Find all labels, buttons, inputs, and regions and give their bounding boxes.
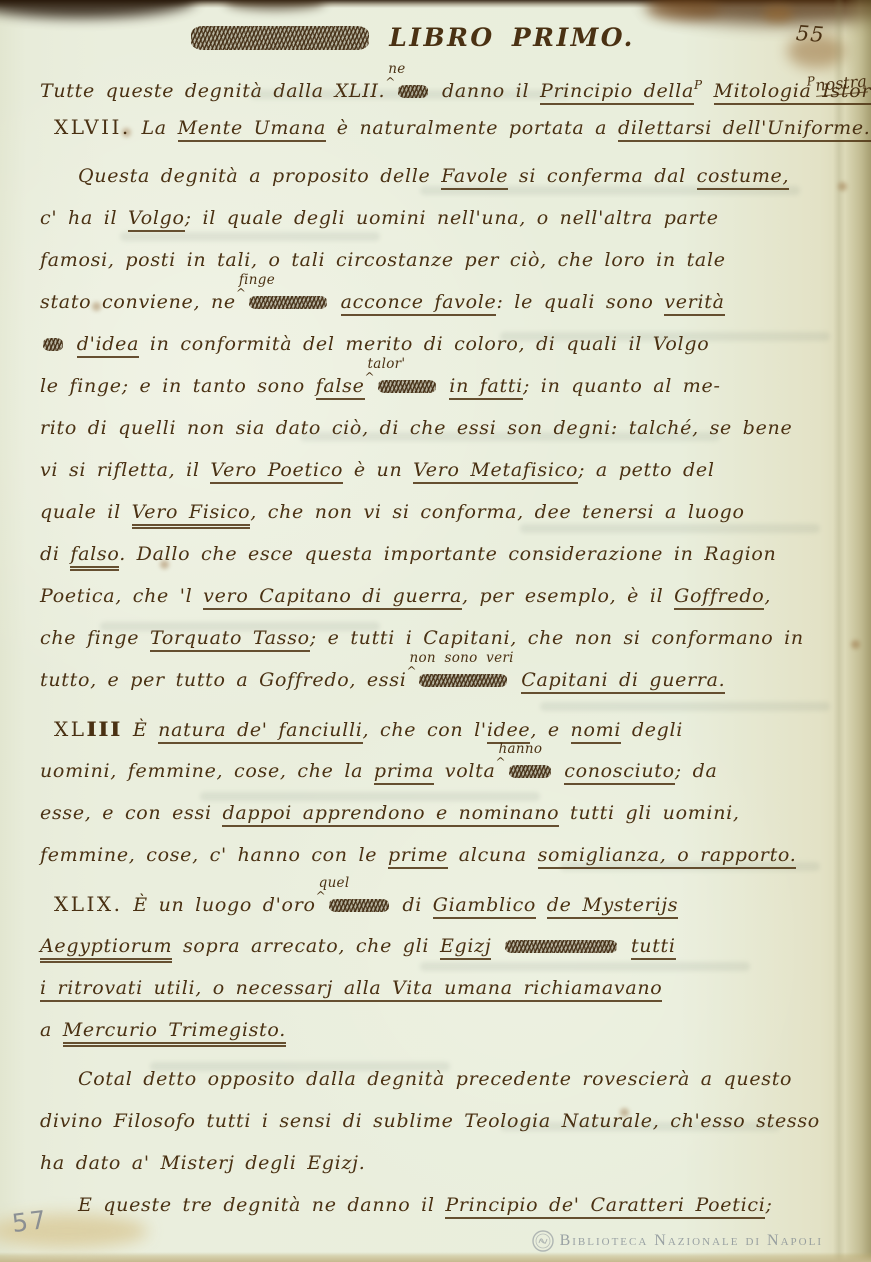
manuscript-line: tutto, e per tutto a Goffredo, essi^non …: [40, 659, 837, 701]
interlinear-insertion: ^ne: [385, 78, 395, 97]
manuscript-text: E queste tre degnità ne danno il: [78, 1194, 445, 1216]
manuscript-text: ; e tutti i Capitani, che non si conform…: [310, 627, 804, 649]
library-watermark: Biblioteca Nazionale di Napoli: [532, 1230, 823, 1252]
manuscript-text: [620, 935, 631, 957]
manuscript-text: Volgo: [128, 207, 185, 232]
degnita-numeral: III: [87, 717, 123, 741]
manuscript-scan-page: 55 Pnostra 57 LIBRO PRIMO.Tutte queste d…: [0, 0, 871, 1262]
manuscript-text: dilettarsi dell'Uniforme.: [618, 117, 871, 142]
manuscript-line: divino Filosofo tutti i sensi di sublime…: [40, 1100, 837, 1142]
watermark-text: Biblioteca Nazionale di Napoli: [560, 1232, 823, 1250]
ink-cancellation-scribble: [191, 26, 369, 50]
manuscript-text: c' ha il: [40, 207, 128, 229]
manuscript-line: ha dato a' Misterj degli Egizj.: [40, 1142, 837, 1184]
manuscript-text: Vero Poetico: [210, 459, 343, 484]
manuscript-text: Vero Fisico: [132, 501, 251, 529]
insertion-word: talor': [368, 343, 406, 385]
manuscript-line: Cotal detto opposito dalla degnità prece…: [40, 1058, 837, 1100]
manuscript-text: de Mysterijs: [547, 894, 678, 919]
library-stamp-icon: [532, 1230, 554, 1252]
manuscript-text: false: [316, 375, 365, 400]
manuscript-text: volta: [434, 760, 495, 782]
interlinear-insertion: ^talor': [365, 373, 375, 392]
manuscript-line: stato conviene, ne^finge acconce favole:…: [40, 281, 837, 323]
manuscript-line: i ritrovati utili, o necessarj alla Vita…: [40, 967, 837, 1009]
manuscript-text: le finge; e in tanto sono: [40, 375, 316, 397]
manuscript-text: [330, 291, 341, 313]
insertion-word: quel: [319, 862, 350, 904]
manuscript-text: falso: [70, 543, 119, 571]
manuscript-text: tutti gli uomini,: [559, 802, 739, 824]
manuscript-line: Aegyptiorum sopra arrecato, che gli Egiz…: [40, 925, 837, 967]
manuscript-text: nomi: [571, 719, 622, 744]
manuscript-line: XLVII. La Mente Umana è naturalmente por…: [40, 106, 837, 148]
interlinear-insertion: ^hanno: [496, 758, 506, 777]
manuscript-text: [703, 80, 714, 102]
manuscript-line: le finge; e in tanto sono false^talor' i…: [40, 365, 837, 407]
insertion-word: finge: [239, 259, 275, 301]
insertion-word: hanno: [499, 728, 543, 770]
manuscript-text: Capitani di guerra.: [521, 669, 725, 694]
manuscript-text: ,: [764, 585, 771, 607]
ink-cancellation-scribble: [505, 940, 617, 953]
manuscript-line: E queste tre degnità ne danno il Princip…: [40, 1184, 837, 1226]
page-edge-shadow: [845, 0, 871, 1262]
manuscript-text: [536, 894, 547, 916]
manuscript-text: esse, e con essi: [40, 802, 222, 824]
manuscript-line: Questa degnità a proposito delle Favole …: [40, 155, 837, 197]
manuscript-text: Egizj: [440, 935, 492, 960]
manuscript-line: esse, e con essi dappoi apprendono e nom…: [40, 792, 837, 834]
manuscript-text: , per esemplo, è il: [462, 585, 674, 607]
interlinear-insertion: ^non sono veri: [406, 667, 416, 686]
manuscript-text: , che con l': [363, 719, 487, 741]
manuscript-text: Questa degnità a proposito delle: [78, 165, 441, 187]
manuscript-text: . Dallo che esce questa importante consi…: [119, 543, 776, 565]
insertion-word: ne: [388, 48, 405, 90]
manuscript-text: uomini, femmine, cose, che la: [40, 760, 374, 782]
manuscript-text: quale il: [40, 501, 132, 523]
manuscript-text: conosciuto: [564, 760, 675, 785]
manuscript-text: Aegyptiorum: [40, 935, 172, 963]
manuscript-text: è naturalmente portata a: [326, 117, 618, 139]
manuscript-text: ; in quanto al me-: [523, 375, 721, 397]
manuscript-text: La: [131, 117, 178, 139]
manuscript-text: è un: [343, 459, 413, 481]
interlinear-insertion: ^quel: [316, 892, 326, 911]
manuscript-text: P: [694, 78, 703, 92]
manuscript-line: XLIX. È un luogo d'oro^quel di Giamblico…: [40, 883, 837, 925]
manuscript-text: [491, 935, 502, 957]
insertion-word: non sono veri: [409, 637, 513, 679]
manuscript-text: È un luogo d'oro: [123, 894, 316, 916]
manuscript-line: quale il Vero Fisico, che non vi si conf…: [40, 491, 837, 533]
manuscript-text: tutto, e per tutto a Goffredo, essi: [40, 669, 406, 691]
manuscript-text: Mente Umana: [178, 117, 326, 142]
degnita-numeral: XLIX.: [54, 892, 123, 916]
manuscript-text: Principio della: [540, 80, 694, 105]
degnita-numeral: XLVII.: [54, 115, 131, 139]
degnita-numeral: XL: [54, 717, 87, 741]
manuscript-text: i ritrovati utili, o necessarj alla Vita…: [40, 977, 662, 1002]
manuscript-text: a: [40, 1019, 63, 1041]
manuscript-text: dappoi apprendono e nominano: [222, 802, 559, 827]
manuscript-text: : le quali sono: [496, 291, 664, 313]
manuscript-text: Principio de' Caratteri Poetici: [445, 1194, 765, 1219]
manuscript-text: Vero Metafisico: [413, 459, 578, 484]
foxing-spot: [851, 640, 860, 649]
manuscript-text: ; il quale degli uomini nell'una, o nell…: [185, 207, 719, 229]
manuscript-line: a Mercurio Trimegisto.: [40, 1009, 837, 1051]
foxing-spot: [838, 182, 847, 191]
manuscript-text: di: [392, 894, 433, 916]
interlinear-insertion: ^finge: [236, 289, 246, 308]
manuscript-text: [66, 333, 77, 355]
manuscript-text: stato conviene, ne: [40, 291, 236, 313]
manuscript-text: rito di quelli non sia dato ciò, di che …: [40, 417, 792, 439]
stain-top-middle: [225, 0, 325, 10]
manuscript-line: uomini, femmine, cose, che la prima volt…: [40, 750, 837, 792]
manuscript-text: verità: [664, 291, 724, 316]
manuscript-text: È: [122, 719, 158, 741]
ink-cancellation-scribble: [43, 338, 63, 351]
manuscript-text: vi si rifletta, il: [40, 459, 210, 481]
manuscript-text: d'idea: [77, 333, 139, 358]
manuscript-text: prime: [388, 844, 448, 869]
manuscript-text: danno il: [431, 80, 540, 102]
manuscript-text: ; da: [675, 760, 718, 782]
manuscript-line: rito di quelli non sia dato ciò, di che …: [40, 407, 837, 449]
manuscript-text: tutti: [631, 935, 676, 960]
manuscript-text: si conferma dal: [508, 165, 696, 187]
manuscript-text: natura de' fanciulli: [158, 719, 362, 744]
manuscript-text: ;: [765, 1194, 772, 1216]
manuscript-text: Cotal detto opposito dalla degnità prece…: [78, 1068, 792, 1090]
manuscript-line: LIBRO PRIMO.: [40, 12, 837, 64]
manuscript-text: prima: [374, 760, 434, 785]
manuscript-text: Goffredo: [674, 585, 764, 610]
manuscript-line: Poetica, che 'l vero Capitano di guerra,…: [40, 575, 837, 617]
manuscript-text: acconce favole: [341, 291, 497, 316]
manuscript-text: degli: [621, 719, 683, 741]
manuscript-line: d'idea in conformità del merito di color…: [40, 323, 837, 365]
manuscript-line: femmine, cose, c' hanno con le prime alc…: [40, 834, 837, 876]
manuscript-text: Mercurio Trimegisto.: [63, 1019, 286, 1047]
manuscript-text: LIBRO PRIMO.: [372, 23, 635, 52]
manuscript-text: che finge: [40, 627, 150, 649]
manuscript-text: ha dato a' Misterj degli Egizj.: [40, 1152, 366, 1174]
manuscript-text: costume,: [697, 165, 790, 190]
manuscript-text: Torquato Tasso: [150, 627, 310, 652]
manuscript-line: Tutte queste degnità dalla XLII.^ne dann…: [40, 64, 837, 106]
manuscript-line: famosi, posti in tali, o tali circostanz…: [40, 239, 837, 281]
manuscript-text: in fatti: [449, 375, 523, 400]
manuscript-text: somiglianza, o rapporto.: [538, 844, 797, 869]
manuscript-text: di: [40, 543, 70, 565]
stain-bottom-edge: [0, 1252, 871, 1262]
manuscript-text: vero Capitano di guerra: [203, 585, 462, 610]
manuscript-text: alcuna: [448, 844, 538, 866]
manuscript-text: Giamblico: [433, 894, 536, 919]
manuscript-body: LIBRO PRIMO.Tutte queste degnità dalla X…: [40, 12, 837, 1226]
manuscript-text: Tutte queste degnità dalla XLII.: [40, 80, 385, 102]
manuscript-text: Poetica, che 'l: [40, 585, 203, 607]
stain-top-edge: [0, 0, 871, 8]
manuscript-text: Favole: [441, 165, 508, 190]
manuscript-line: di falso. Dallo che esce questa importan…: [40, 533, 837, 575]
manuscript-text: in conformità del merito di coloro, di q…: [139, 333, 709, 355]
manuscript-text: , che non vi si conforma, dee tenersi a …: [250, 501, 744, 523]
manuscript-line: c' ha il Volgo; il quale degli uomini ne…: [40, 197, 837, 239]
manuscript-text: divino Filosofo tutti i sensi di sublime…: [40, 1110, 820, 1132]
manuscript-text: famosi, posti in tali, o tali circostanz…: [40, 249, 726, 271]
manuscript-text: [439, 375, 450, 397]
manuscript-text: [554, 760, 565, 782]
manuscript-line: vi si rifletta, il Vero Poetico è un Ver…: [40, 449, 837, 491]
manuscript-text: Mitologia Istorica.: [714, 80, 871, 105]
manuscript-text: sopra arrecato, che gli: [172, 935, 440, 957]
manuscript-text: ; a petto del: [578, 459, 715, 481]
manuscript-line: XLIII È natura de' fanciulli, che con l'…: [40, 708, 837, 750]
